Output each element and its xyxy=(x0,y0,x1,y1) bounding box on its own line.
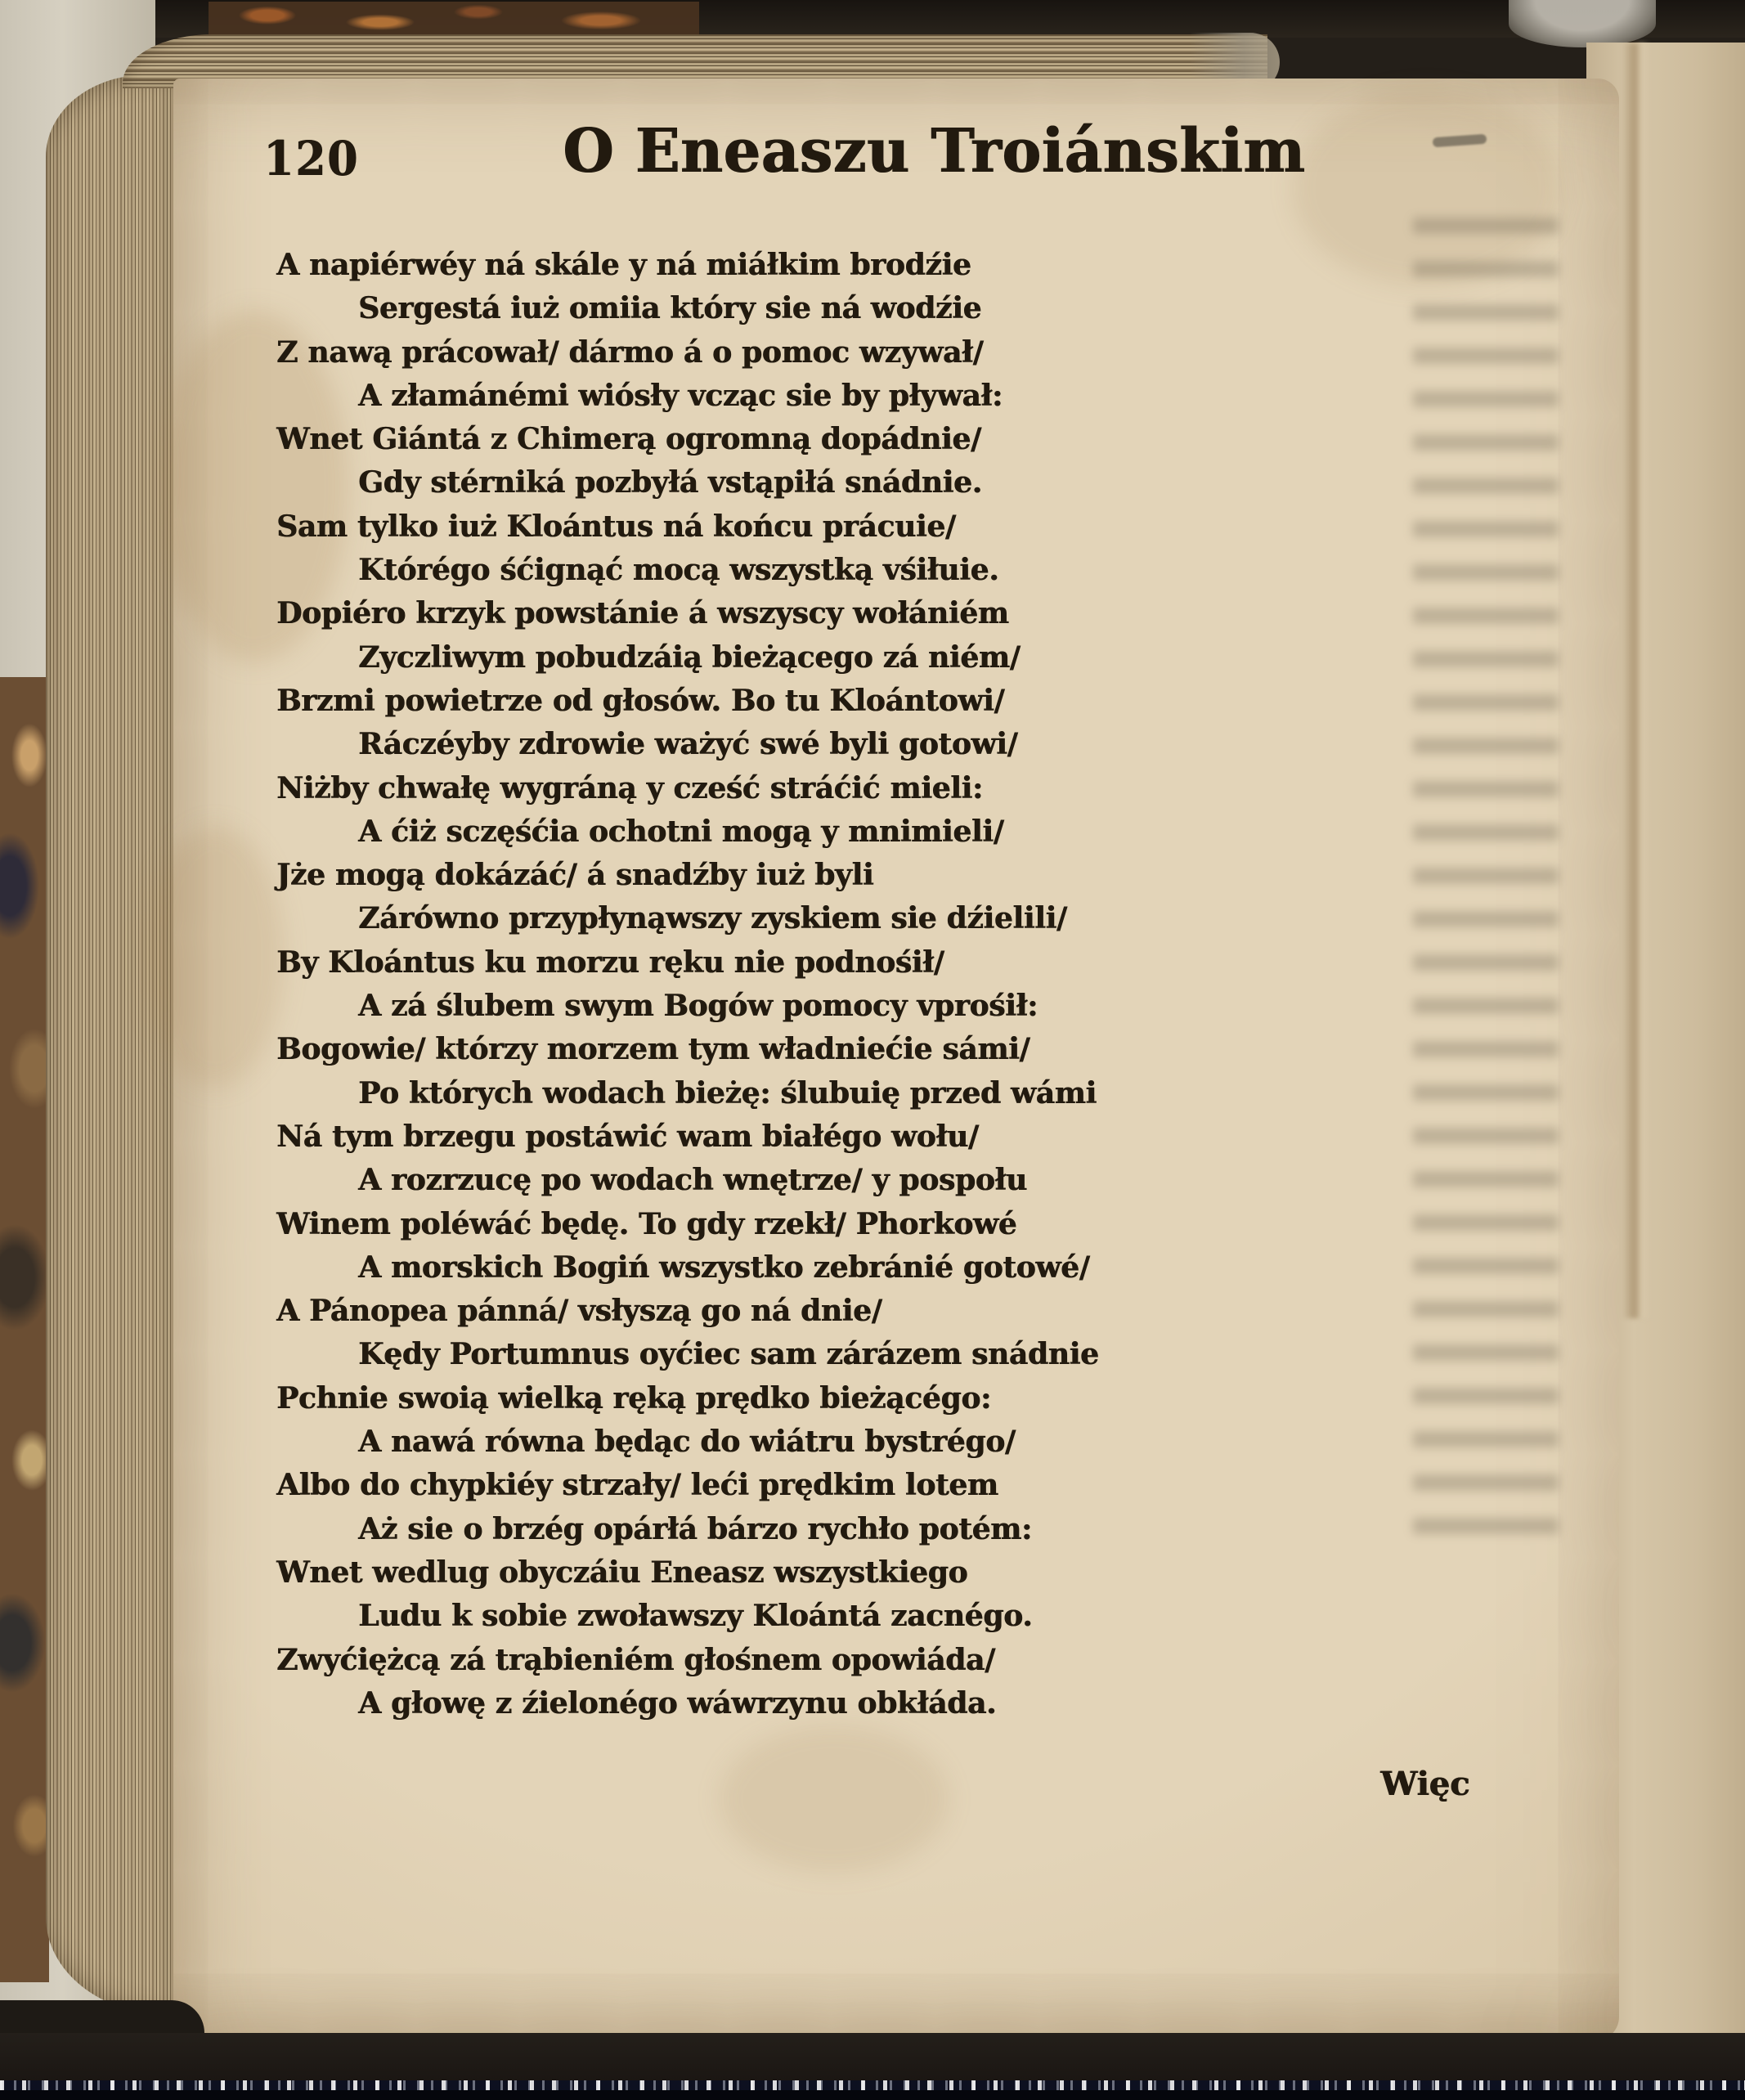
poem-line: A Pánopea pánná/ vsłyszą go ná dnie/ xyxy=(276,1290,1356,1333)
poem-line: Którégo śćignąć mocą wszystką vśiłuie. xyxy=(276,549,1356,592)
poem-line: Ná tym brzegu postáwić wam białégo wołu/ xyxy=(276,1115,1356,1159)
poem-line: A zá ślubem swym Bogów pomocy vprośił: xyxy=(276,985,1356,1028)
poem-line: Zyczliwym pobudzáią bieżącego zá niém/ xyxy=(276,636,1356,680)
poem-line: Bogowie/ którzy morzem tym władniećie sá… xyxy=(276,1028,1356,1071)
showthrough-text-column xyxy=(1413,218,1559,1550)
poem-line: A rozrzucę po wodach wnętrze/ y pospołu xyxy=(276,1159,1356,1202)
top-right-parchment-blob xyxy=(1509,0,1656,47)
page-fold-crease xyxy=(1622,43,1650,1318)
poem-line: Po których wodach bieżę: ślubuię przed w… xyxy=(276,1072,1356,1115)
poem-line: Sam tylko iuż Kloántus ná końcu prácuie/ xyxy=(276,505,1356,549)
poem-line: Gdy stérniká pozbyłá vstąpiłá snádnie. xyxy=(276,461,1356,505)
poem-line: Wnet wedlug obyczáiu Eneasz wszystkiego xyxy=(276,1551,1356,1595)
poem-line: By Kloántus ku morzu ręku nie podnośił/ xyxy=(276,941,1356,985)
poem-line: Zárówno przypłynąwszy zyskiem sie dźieli… xyxy=(276,897,1356,940)
paper-stain xyxy=(720,1725,949,1873)
poem-line: A nawá równa będąc do wiátru bystrégo/ xyxy=(276,1420,1356,1464)
poem-line: Pchnie swoią wielką ręką prędko bieżącég… xyxy=(276,1377,1356,1420)
poem-line: Ludu k sobie zwoławszy Kloántá zacnégo. xyxy=(276,1595,1356,1638)
running-title: O Eneaszu Troiánskim xyxy=(563,116,1269,186)
poem-line: Ráczéyby zdrowie ważyć swé byli gotowi/ xyxy=(276,723,1356,766)
poem-line: Kędy Portumnus oyćiec sam zárázem snádni… xyxy=(276,1333,1356,1376)
page-number: 120 xyxy=(263,131,359,186)
page-stack-edge-left xyxy=(46,75,178,2015)
poem-line: Zwyćiężcą zá trąbieniém głośnem opowiáda… xyxy=(276,1639,1356,1682)
book-scan: 120 O Eneaszu Troiánskim A napiérwéy ná … xyxy=(0,0,1745,2100)
poem-line: A morskich Bogiń wszystko zebránié gotow… xyxy=(276,1246,1356,1290)
poem-line: Sergestá iuż omiia który sie ná wodźie xyxy=(276,287,1356,330)
poem-line: Brzmi powietrze od głosów. Bo tu Kloánto… xyxy=(276,680,1356,723)
marbled-endpaper-left xyxy=(0,677,49,1982)
poem-line: Winem poléwáć będę. To gdy rzekł/ Phorko… xyxy=(276,1203,1356,1246)
bottom-frame-edge xyxy=(0,2090,1745,2100)
poem-line: A złamánémi wiósły vcząc sie by pływał: xyxy=(276,375,1356,418)
poem-line: Jże mogą dokázáć/ á snadźby iuż byli xyxy=(276,854,1356,897)
poem-line: Z nawą prácował/ dármo á o pomoc wzywał/ xyxy=(276,331,1356,375)
poem-text-block: A napiérwéy ná skále y ná miáłkim brodźi… xyxy=(276,244,1356,1725)
marbled-cover-edge-top xyxy=(209,2,699,36)
poem-line: Aż sie o brzég opárłá bárzo rychło potém… xyxy=(276,1508,1356,1551)
catchword: Więc xyxy=(1380,1765,1469,1803)
poem-line: Niżby chwałę wygráną y cześć stráćić mie… xyxy=(276,767,1356,810)
poem-line: A głowę z źielonégo wáwrzynu obkłáda. xyxy=(276,1682,1356,1725)
poem-line: Dopiéro krzyk powstánie á wszyscy wołáni… xyxy=(276,592,1356,635)
poem-line: Albo do chypkiéy strzały/ leći prędkim l… xyxy=(276,1464,1356,1507)
poem-line: Wnet Giántá z Chimerą ogromną dopádnie/ xyxy=(276,418,1356,461)
poem-line: A ćiż sczęśćia ochotni mogą y mnimieli/ xyxy=(276,810,1356,854)
poem-line: A napiérwéy ná skále y ná miáłkim brodźi… xyxy=(276,244,1356,287)
paper-stain xyxy=(146,826,285,1088)
